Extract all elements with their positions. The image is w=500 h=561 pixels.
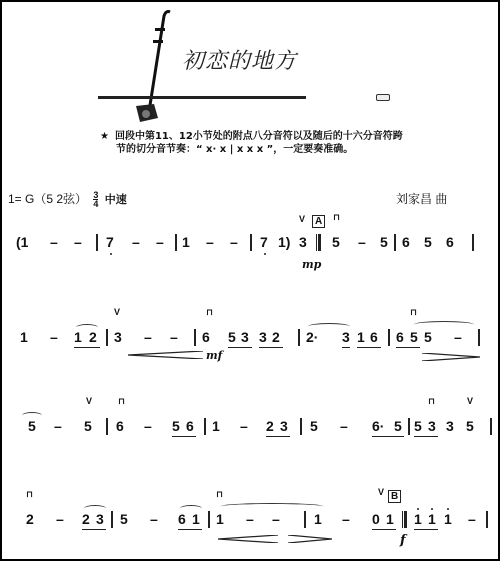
- tempo-marking: 中速: [105, 194, 127, 206]
- diminuendo-hairpin: [288, 535, 332, 543]
- note-line-2: 节的切分音节奏：“ x· x | x x x ”，一定要奏准确。: [100, 143, 420, 156]
- key-text: 1= G（5 2弦）: [8, 192, 87, 206]
- up-bow-icon: V: [467, 396, 473, 406]
- note-line-1: 回段中第11、12小节处的附点八分音符以及随后的十六分音符跨: [115, 131, 403, 142]
- down-bow-icon: ⊓: [118, 396, 125, 407]
- down-bow-icon: ⊓: [333, 212, 340, 223]
- crescendo-hairpin: [218, 535, 278, 543]
- rehearsal-mark-a: A: [312, 215, 325, 228]
- dynamic-mp: mp: [302, 258, 321, 271]
- down-bow-icon: ⊓: [410, 307, 417, 318]
- down-bow-icon: ⊓: [26, 489, 33, 500]
- dynamic-mf: mf: [206, 349, 222, 362]
- key-signature: 1= G（5 2弦） 3 4 中速: [8, 190, 127, 208]
- erhu-illustration-icon: [118, 6, 188, 124]
- star-icon: ★: [100, 131, 109, 142]
- performance-note: ★回段中第11、12小节处的附点八分音符以及随后的十六分音符跨 节的切分音节奏：…: [100, 130, 420, 156]
- time-signature: 3 4: [93, 191, 98, 208]
- up-bow-icon: V: [86, 396, 92, 406]
- staff-line-1: (1 – – 7 – – 1 – – 7 1) 3 5 – 5 6 5 6 V …: [10, 234, 480, 254]
- staff-line-2: 1 – 1 2 3 – – 6 5 3 3 2 2· 3 1 6 6 5 5 –…: [10, 329, 480, 349]
- down-bow-icon: ⊓: [206, 307, 213, 318]
- staff-line-4: 2 – 2 3 5 – 6 1 1 – – 1 – 0 1 1 1 1 – ⊓ …: [10, 511, 480, 531]
- up-bow-icon: V: [114, 307, 120, 317]
- bow-tip: [376, 94, 390, 101]
- crescendo-hairpin: [128, 351, 203, 359]
- page-frame: [0, 0, 500, 561]
- staff-line-3: 5 – 5 6 – 5 6 1 – 2 3 5 – 6· 5 5 3 3 5 V…: [10, 418, 480, 438]
- composer: 刘家昌 曲: [396, 190, 447, 207]
- down-bow-icon: ⊓: [216, 489, 223, 500]
- rehearsal-mark-b: B: [388, 490, 401, 503]
- up-bow-icon: V: [299, 214, 305, 224]
- diminuendo-hairpin: [422, 353, 480, 361]
- down-bow-icon: ⊓: [428, 396, 435, 407]
- up-bow-icon: V: [378, 487, 384, 497]
- erhu-bow: [98, 96, 306, 99]
- song-title: 初恋的地方: [182, 44, 297, 75]
- dynamic-f: f: [400, 533, 406, 548]
